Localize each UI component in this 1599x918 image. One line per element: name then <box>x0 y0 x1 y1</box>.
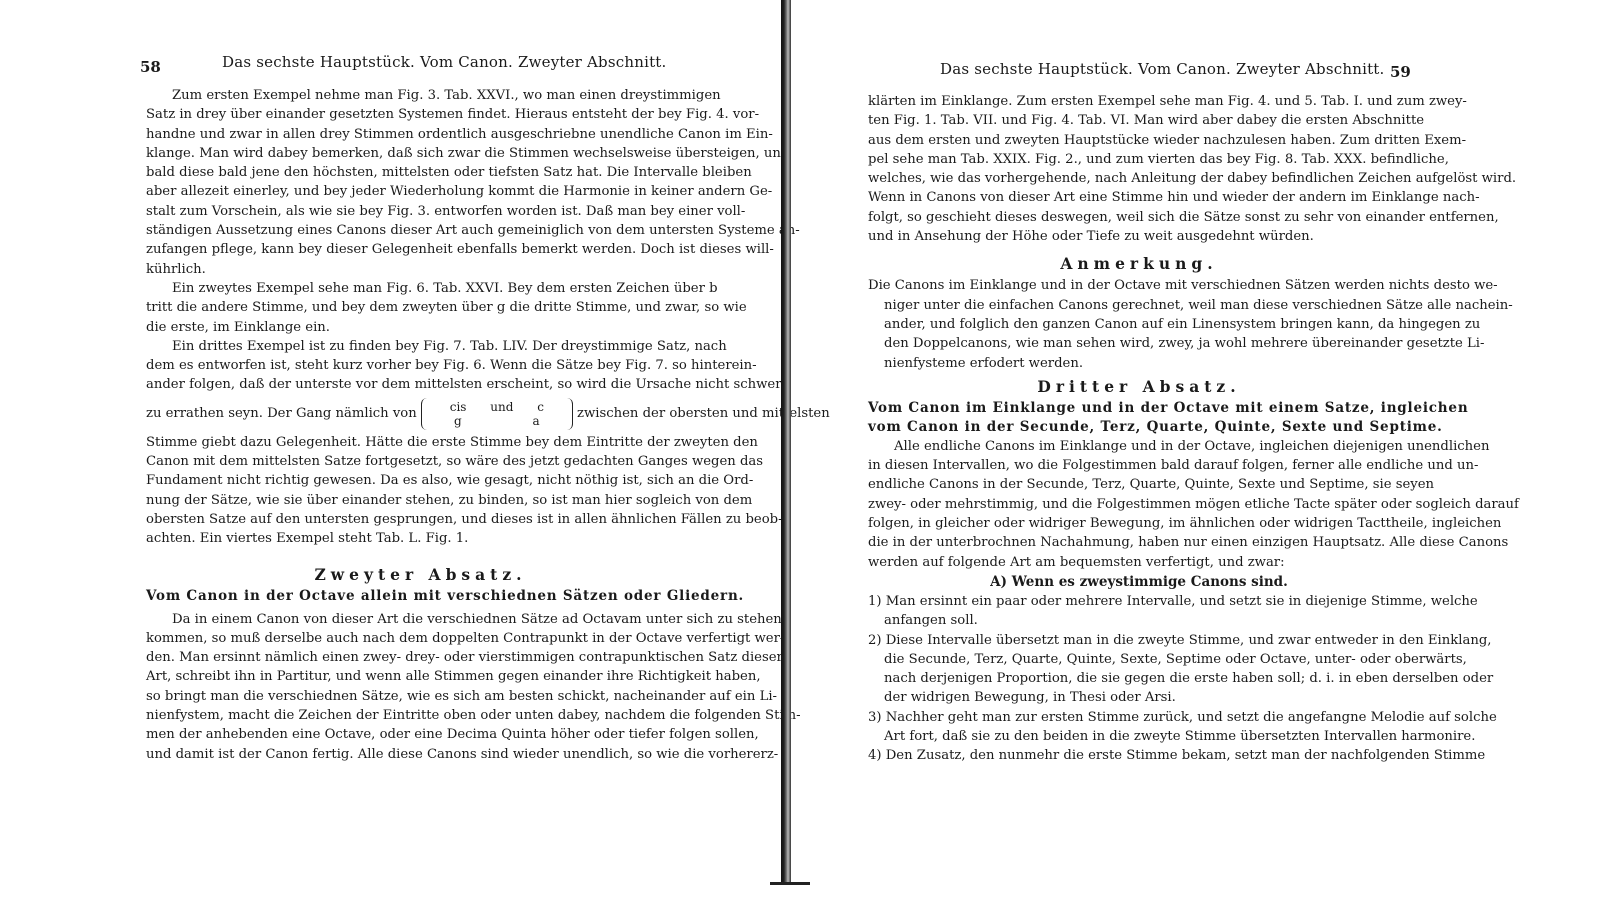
section-subheading: vom Canon in der Secunde, Terz, Quarte, … <box>868 418 1410 437</box>
step-line: anfangen soll. <box>868 611 1410 630</box>
text-line: kommen, so muß derselbe auch nach dem do… <box>146 629 695 648</box>
text-line: ander folgen, daß der unterste vor dem m… <box>146 375 695 394</box>
running-head: Das sechste Hauptstück. Vom Canon. Zweyt… <box>940 60 1385 78</box>
note-c: c <box>537 400 544 414</box>
section-heading: Dritter Absatz. <box>868 375 1410 399</box>
case-heading: A) Wenn es zweystimmige Canons sind. <box>868 572 1410 592</box>
text-line: folgt, so geschieht dieses deswegen, wei… <box>868 208 1410 227</box>
text-line: klange. Man wird dabey bemerken, daß sic… <box>146 144 695 163</box>
text-line: so bringt man die verschiednen Sätze, wi… <box>146 687 695 706</box>
text-line: die in der unterbrochnen Nachahmung, hab… <box>868 533 1410 552</box>
text-line: aus dem ersten und zweyten Hauptstücke w… <box>868 131 1410 150</box>
right-body: klärten im Einklange. Zum ersten Exempel… <box>868 92 1410 766</box>
text-line: zufangen pflege, kann bey dieser Gelegen… <box>146 240 695 259</box>
brace-join: und <box>490 400 513 414</box>
text-line: Fundament nicht richtig gewesen. Da es a… <box>146 471 695 490</box>
text-line: obersten Satze auf den untersten gesprun… <box>146 510 695 529</box>
text-line: niger unter die einfachen Canons gerechn… <box>868 296 1410 315</box>
step-line: 3) Nachher geht man zur ersten Stimme zu… <box>868 708 1410 727</box>
text-line: zwey- oder mehrstimmig, und die Folgesti… <box>868 495 1410 514</box>
text-line: und in Ansehung der Höhe oder Tiefe zu w… <box>868 227 1410 246</box>
running-head: Das sechste Hauptstück. Vom Canon. Zweyt… <box>222 53 667 71</box>
text-line: folgen, in gleicher oder widriger Bewegu… <box>868 514 1410 533</box>
text-line: Alle endliche Canons im Einklange und in… <box>868 437 1410 456</box>
page-number: 59 <box>1390 63 1411 81</box>
section-subheading: Vom Canon in der Octave allein mit versc… <box>146 587 695 606</box>
brace-row-top: cis und c <box>440 400 554 414</box>
text-line: in diesen Intervallen, wo die Folgestimm… <box>868 456 1410 475</box>
page-number: 58 <box>140 58 161 76</box>
text-line: endliche Canons in der Secunde, Terz, Qu… <box>868 475 1410 494</box>
note-cis: cis <box>450 400 467 414</box>
right-page: Das sechste Hauptstück. Vom Canon. Zweyt… <box>790 0 1599 918</box>
text-line: Stimme giebt dazu Gelegenheit. Hätte die… <box>146 433 695 452</box>
note-brace: cis und c g und a <box>421 398 573 430</box>
text-line: bald diese bald jene den höchsten, mitte… <box>146 163 695 182</box>
text-line: achten. Ein viertes Exempel steht Tab. L… <box>146 529 695 548</box>
note-a: a <box>533 414 540 428</box>
text-line: stalt zum Vorschein, als wie sie bey Fig… <box>146 202 695 221</box>
section-subheading: Vom Canon im Einklange und in der Octave… <box>868 399 1410 418</box>
text-line: ander, und folglich den ganzen Canon auf… <box>868 315 1410 334</box>
step-line: nach derjenigen Proportion, die sie gege… <box>868 669 1410 688</box>
left-body: Zum ersten Exempel nehme man Fig. 3. Tab… <box>146 86 695 764</box>
note-heading: Anmerkung. <box>868 252 1410 276</box>
text-line: die erste, im Einklange ein. <box>146 318 695 337</box>
text-line: aber allezeit einerley, und bey jeder Wi… <box>146 182 695 201</box>
step-line: der widrigen Bewegung, in Thesi oder Ars… <box>868 688 1410 707</box>
text-line: Art, schreibt ihn in Partitur, und wenn … <box>146 667 695 686</box>
text-line: Die Canons im Einklange und in der Octav… <box>868 276 1410 295</box>
step-line: 4) Den Zusatz, den nunmehr die erste Sti… <box>868 746 1410 765</box>
text-line: ständigen Aussetzung eines Canons dieser… <box>146 221 695 240</box>
step-line: 1) Man ersinnt ein paar oder mehrere Int… <box>868 592 1410 611</box>
text-line: den Doppelcanons, wie man sehen wird, zw… <box>868 334 1410 353</box>
section-heading: Zweyter Absatz. <box>146 563 695 587</box>
text-line: den. Man ersinnt nämlich einen zwey- dre… <box>146 648 695 667</box>
text-line: welches, wie das vorhergehende, nach Anl… <box>868 169 1410 188</box>
text-line: Satz in drey über einander gesetzten Sys… <box>146 105 695 124</box>
text-line: und damit ist der Canon fertig. Alle die… <box>146 745 695 764</box>
step-line: 2) Diese Intervalle übersetzt man in die… <box>868 631 1410 650</box>
bracket-line: zu errathen seyn. Der Gang nämlich von c… <box>146 395 695 433</box>
step-line: Art fort, daß sie zu den beiden in die z… <box>868 727 1410 746</box>
text-line: Ein zweytes Exempel sehe man Fig. 6. Tab… <box>146 279 695 298</box>
text-line: Wenn in Canons von dieser Art eine Stimm… <box>868 188 1410 207</box>
text-line: Da in einem Canon von dieser Art die ver… <box>146 610 695 629</box>
text-line: Zum ersten Exempel nehme man Fig. 3. Tab… <box>146 86 695 105</box>
left-page: 58 Das sechste Hauptstück. Vom Canon. Zw… <box>0 0 780 918</box>
text-line: nung der Sätze, wie sie über einander st… <box>146 491 695 510</box>
text-line: werden auf folgende Art am bequemsten ve… <box>868 553 1410 572</box>
note-g: g <box>454 414 462 428</box>
bracket-before: zu errathen seyn. Der Gang nämlich von <box>146 395 417 433</box>
text-line: kührlich. <box>146 260 695 279</box>
text-line: Ein drittes Exempel ist zu finden bey Fi… <box>146 337 695 356</box>
text-line: nienfystem, macht die Zeichen der Eintri… <box>146 706 695 725</box>
step-line: die Secunde, Terz, Quarte, Quinte, Sexte… <box>868 650 1410 669</box>
text-line: tritt die andere Stimme, und bey dem zwe… <box>146 298 695 317</box>
text-line: ten Fig. 1. Tab. VII. und Fig. 4. Tab. V… <box>868 111 1410 130</box>
text-line: klärten im Einklange. Zum ersten Exempel… <box>868 92 1410 111</box>
text-line: pel sehe man Tab. XXIX. Fig. 2., und zum… <box>868 150 1410 169</box>
text-line: Canon mit dem mittelsten Satze fortgeset… <box>146 452 695 471</box>
text-line: nienfysteme erfodert werden. <box>868 354 1410 373</box>
text-line: handne und zwar in allen drey Stimmen or… <box>146 125 695 144</box>
text-line: dem es entworfen ist, steht kurz vorher … <box>146 356 695 375</box>
text-line: men der anhebenden eine Octave, oder ein… <box>146 725 695 744</box>
brace-row-bottom: g und a <box>440 414 554 428</box>
